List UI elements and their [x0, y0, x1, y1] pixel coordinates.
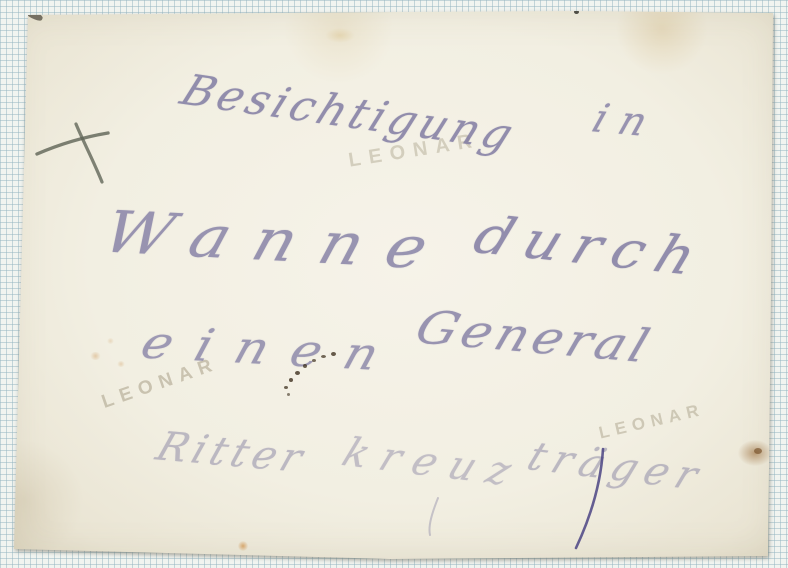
hw-line1-word1: Besichtigung: [174, 66, 524, 160]
hw-line3-word2: General: [409, 300, 660, 373]
photo-card: LEONAR LEONAR LEONAR Besichtigung in Wan…: [0, 0, 788, 568]
ink-speck: [289, 378, 293, 382]
hw-line1-word2: in: [587, 96, 667, 146]
ink-speck: [321, 355, 326, 358]
ink-speck: [303, 364, 307, 368]
foxing-dot-bottom: [238, 541, 248, 551]
ink-speck: [331, 352, 336, 356]
ink-speck: [284, 386, 288, 389]
hw-line4-word1: Ritter: [151, 424, 314, 482]
leonar-watermark-bottom-right: LEONAR: [597, 400, 707, 444]
scanned-photo-back: LEONAR LEONAR LEONAR Besichtigung in Wan…: [0, 0, 788, 568]
ink-speck: [295, 371, 300, 375]
hw-line2-word1: Wanne: [96, 198, 461, 283]
ink-speck: [287, 393, 290, 396]
rust-spot-left-1: [90, 352, 101, 360]
foxing-spot-top: [325, 28, 355, 43]
edge-speck: [574, 10, 579, 14]
faint-descender-stroke: [429, 498, 438, 535]
corner-crease-mark: [25, 9, 43, 22]
rust-spot-left-3: [107, 338, 114, 344]
rust-spot-left-2: [117, 361, 125, 367]
photo-card-shadow: LEONAR LEONAR LEONAR Besichtigung in Wan…: [0, 0, 788, 568]
hw-line2-word2: durch: [466, 206, 716, 288]
brown-stain-dark-core: [754, 448, 762, 454]
hw-line4-word2: kreuz: [336, 430, 531, 496]
hw-line4-word3: träger: [521, 434, 712, 500]
ink-speck: [312, 359, 316, 362]
